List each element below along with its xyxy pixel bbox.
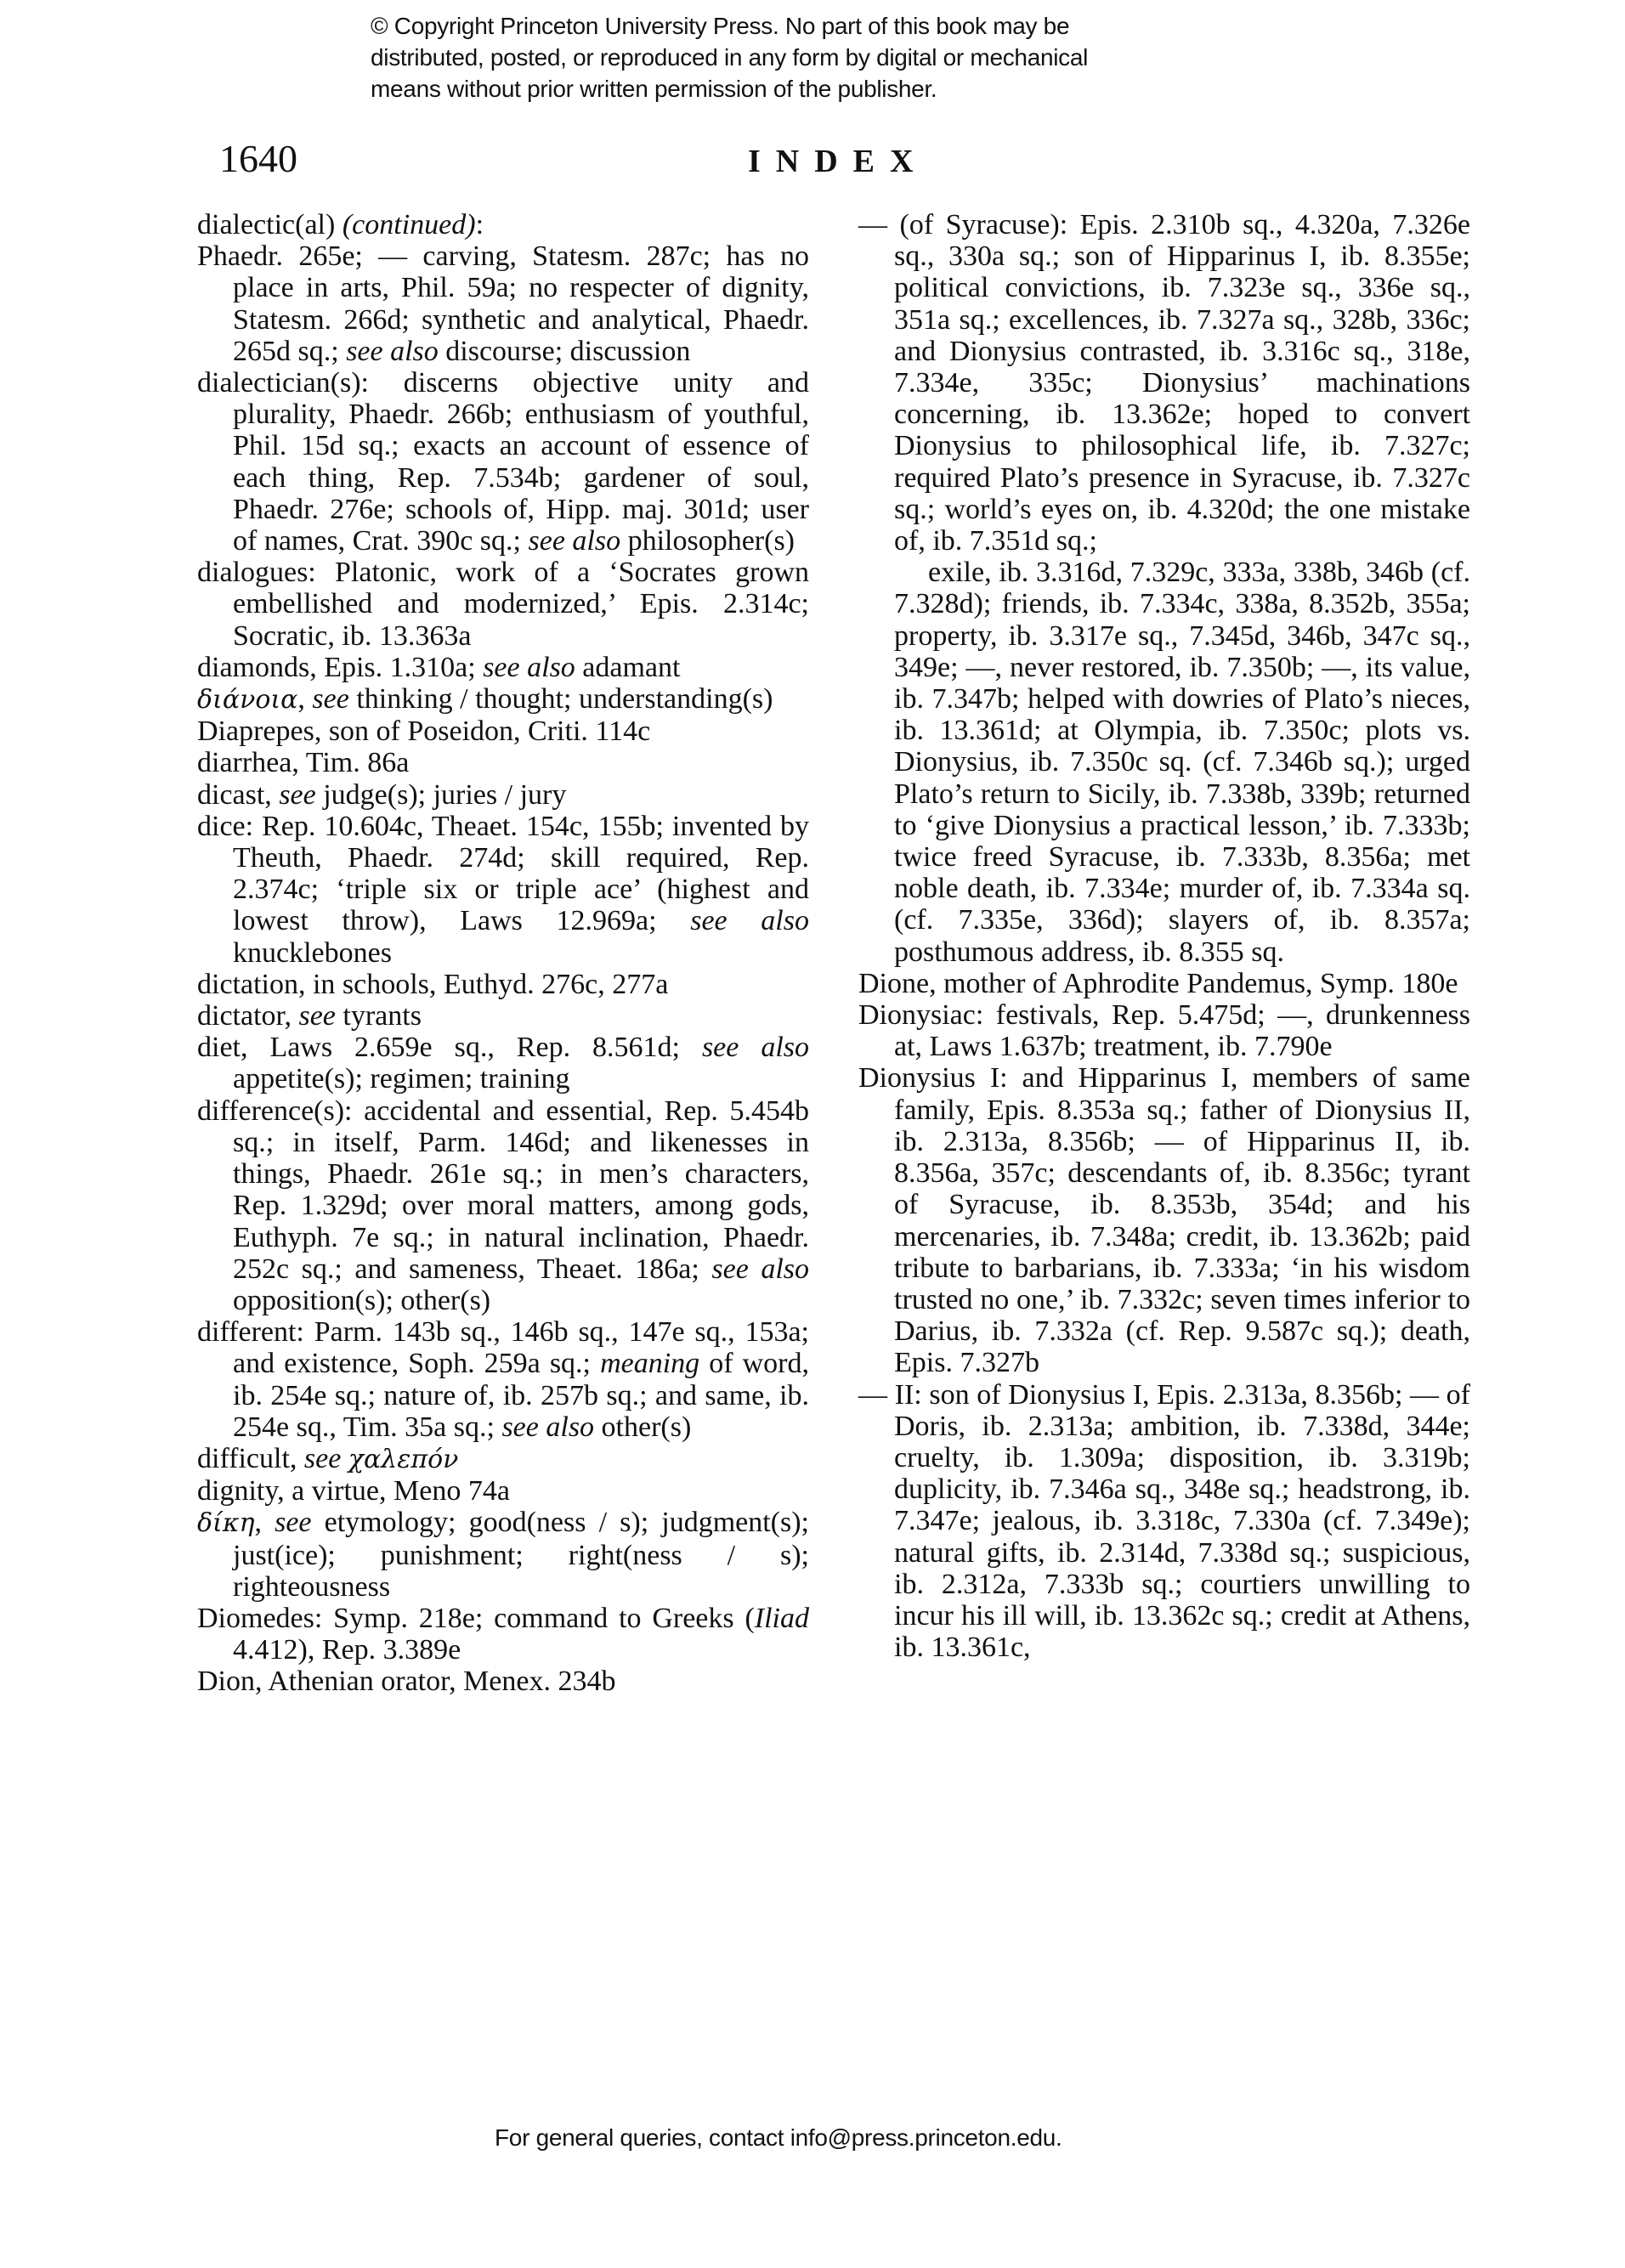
index-entry: dice: Rep. 10.604c, Theaet. 154c, 155b; … — [197, 811, 809, 969]
greek-term: διάνοια — [197, 685, 297, 715]
index-column-right: — (of Syracuse): Epis. 2.310b sq., 4.320… — [858, 209, 1470, 1663]
entry-text: diarrhea, Tim. 86a — [197, 747, 409, 778]
index-entry: — II: son of Dionysius I, Epis. 2.313a, … — [858, 1379, 1470, 1664]
entry-text: , — [297, 683, 312, 715]
italic-text: Iliad — [755, 1603, 809, 1634]
entry-text: dialogues: Platonic, work of a ‘Socrates… — [197, 557, 809, 651]
index-column-left: dialectic(al) (continued):Phaedr. 265e; … — [197, 209, 809, 1698]
entry-text: discourse; discussion — [439, 336, 691, 367]
entry-text: Diomedes: Symp. 218e; command to Greeks … — [197, 1603, 755, 1634]
copyright-notice: © Copyright Princeton University Press. … — [371, 10, 1203, 105]
entry-text: dicast, — [197, 779, 279, 811]
index-entry: Dionysius I: and Hipparinus I, members o… — [858, 1062, 1470, 1378]
index-entry: difficult, see χαλεπόν — [197, 1443, 809, 1475]
italic-text: (continued) — [343, 209, 476, 240]
index-entry: diarrhea, Tim. 86a — [197, 747, 809, 778]
entry-text: dialectic(al) — [197, 209, 343, 240]
entry-text: exile, ib. 3.316d, 7.329c, 333a, 338b, 3… — [894, 557, 1470, 967]
entry-text: appetite(s); regimen; training — [233, 1063, 570, 1094]
entry-text — [341, 1443, 348, 1474]
entry-text: dignity, a virtue, Meno 74a — [197, 1475, 510, 1507]
index-entry: dictator, see tyrants — [197, 1000, 809, 1032]
entry-text: Dione, mother of Aphrodite Pandemus, Sym… — [858, 968, 1458, 999]
italic-text: see — [298, 1000, 335, 1032]
index-entry: dictation, in schools, Euthyd. 276c, 277… — [197, 969, 809, 1000]
entry-text: other(s) — [594, 1411, 691, 1443]
index-entry: dialogues: Platonic, work of a ‘Socrates… — [197, 557, 809, 652]
index-entry: δίκη, see etymology; good(ness / s); jud… — [197, 1507, 809, 1603]
entry-text: Dionysius I: and Hipparinus I, members o… — [858, 1062, 1470, 1378]
entry-text: — (of Syracuse): Epis. 2.310b sq., 4.320… — [858, 209, 1470, 557]
entry-text: 4.412), Rep. 3.389e — [233, 1634, 461, 1666]
copyright-line: distributed, posted, or reproduced in an… — [371, 42, 1203, 73]
italic-text: see also — [690, 905, 809, 936]
index-entry: Diomedes: Symp. 218e; command to Greeks … — [197, 1603, 809, 1666]
entry-text: opposition(s); other(s) — [233, 1285, 490, 1316]
italic-text: see — [312, 683, 348, 715]
entry-text: tyrants — [336, 1000, 422, 1032]
entry-text: etymology; good(ness / s); judgment(s); … — [233, 1507, 809, 1602]
page-number: 1640 — [219, 136, 297, 181]
italic-text: see also — [346, 336, 439, 367]
italic-text: see also — [483, 652, 575, 683]
index-entry: exile, ib. 3.316d, 7.329c, 333a, 338b, 3… — [858, 557, 1470, 968]
entry-text: Dion, Athenian orator, Menex. 234b — [197, 1666, 616, 1697]
entry-text: : — [476, 209, 484, 240]
greek-term: δίκη — [197, 1508, 254, 1538]
entry-text: dictation, in schools, Euthyd. 276c, 277… — [197, 969, 668, 1000]
entry-text: diet, Laws 2.659e sq., Rep. 8.561d; — [197, 1032, 702, 1063]
italic-text: see — [275, 1507, 311, 1538]
index-entry: διάνοια, see thinking / thought; underst… — [197, 683, 809, 715]
index-entry: Diaprepes, son of Poseidon, Criti. 114c — [197, 715, 809, 747]
entry-text: thinking / thought; understanding(s) — [349, 683, 773, 715]
entry-text: diamonds, Epis. 1.310a; — [197, 652, 483, 683]
footer-contact: For general queries, contact info@press.… — [495, 2124, 1062, 2152]
index-entry: dignity, a virtue, Meno 74a — [197, 1475, 809, 1507]
entry-text: knucklebones — [233, 937, 392, 969]
italic-text: see — [279, 779, 315, 811]
entry-text: — II: son of Dionysius I, Epis. 2.313a, … — [858, 1379, 1470, 1664]
index-entry: Dione, mother of Aphrodite Pandemus, Sym… — [858, 968, 1470, 999]
index-entry: dialectician(s): discerns objective unit… — [197, 367, 809, 557]
index-entry: — (of Syracuse): Epis. 2.310b sq., 4.320… — [858, 209, 1470, 557]
italic-text: see also — [529, 525, 621, 557]
entry-text: philosopher(s) — [620, 525, 795, 557]
copyright-line: means without prior written permission o… — [371, 73, 1203, 105]
index-entry: Dionysiac: festivals, Rep. 5.475d; —, dr… — [858, 999, 1470, 1062]
index-entry: diamonds, Epis. 1.310a; see also adamant — [197, 652, 809, 683]
index-entry: Dion, Athenian orator, Menex. 234b — [197, 1666, 809, 1697]
italic-text: see also — [711, 1253, 809, 1285]
entry-text: difficult, — [197, 1443, 304, 1474]
entry-text: Dionysiac: festivals, Rep. 5.475d; —, dr… — [858, 999, 1470, 1062]
index-entry: Phaedr. 265e; — carving, Statesm. 287c; … — [197, 240, 809, 367]
greek-term: χαλεπόν — [348, 1445, 459, 1474]
italic-text: see also — [702, 1032, 809, 1063]
entry-text: , — [254, 1507, 275, 1538]
italic-text: see also — [501, 1411, 594, 1443]
italic-text: meaning — [600, 1348, 699, 1379]
entry-text: adamant — [575, 652, 681, 683]
index-entry: difference(s): accidental and essential,… — [197, 1095, 809, 1316]
entry-text: Diaprepes, son of Poseidon, Criti. 114c — [197, 715, 650, 747]
index-entry: dialectic(al) (continued): — [197, 209, 809, 240]
copyright-line: © Copyright Princeton University Press. … — [371, 10, 1203, 42]
running-head: INDEX — [748, 143, 928, 180]
entry-text: dictator, — [197, 1000, 298, 1032]
index-entry: dicast, see judge(s); juries / jury — [197, 779, 809, 811]
index-entry: diet, Laws 2.659e sq., Rep. 8.561d; see … — [197, 1032, 809, 1094]
italic-text: see — [304, 1443, 341, 1474]
index-entry: different: Parm. 143b sq., 146b sq., 147… — [197, 1316, 809, 1443]
entry-text: judge(s); juries / jury — [316, 779, 567, 811]
